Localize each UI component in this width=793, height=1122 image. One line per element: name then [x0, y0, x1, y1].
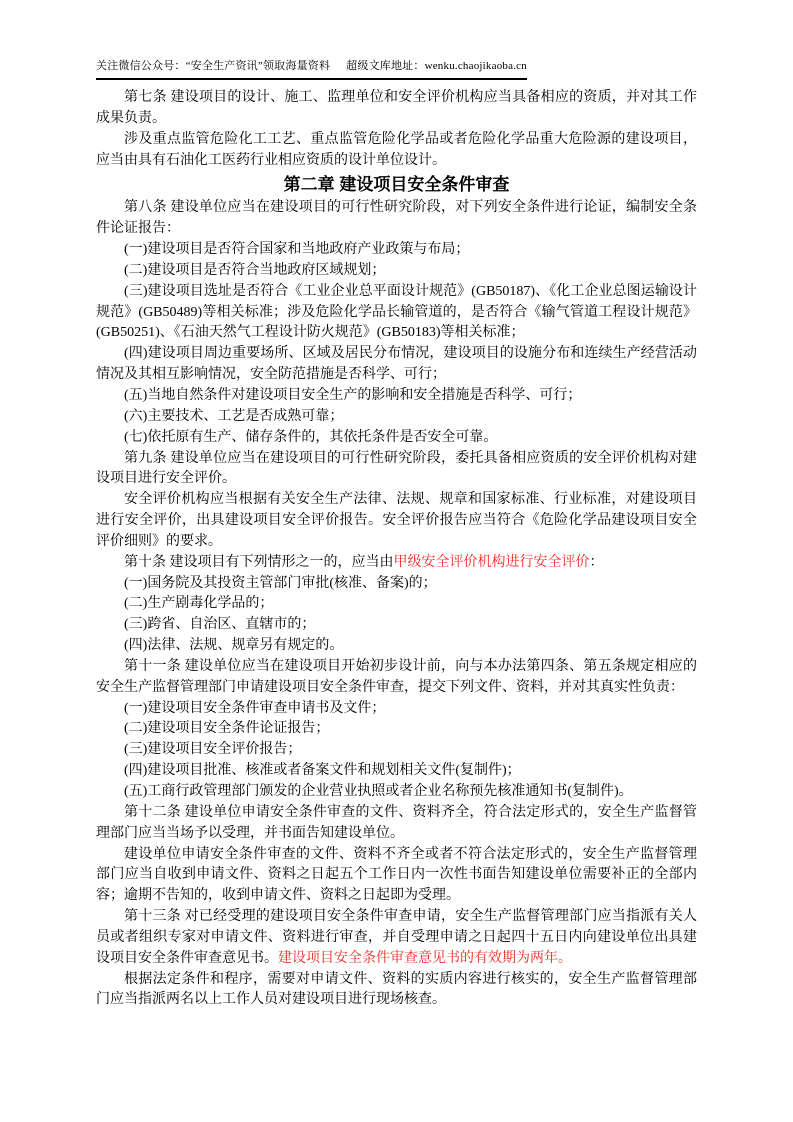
text-run: 根据法定条件和程序，需要对申请文件、资料的实质内容进行核实的，安全生产监督管理部…: [96, 972, 697, 1008]
text-run: ：: [590, 555, 604, 570]
text-run: (四)法律、法规、规章另有规定的。: [124, 638, 343, 653]
paragraph: 安全评价机构应当根据有关安全生产法律、法规、规章和国家标准、行业标准，对建设项目…: [96, 490, 697, 553]
paragraph: 第七条 建设项目的设计、施工、监理单位和安全评价机构应当具备相应的资质，并对其工…: [96, 88, 697, 130]
text-run: (二)建设项目安全条件论证报告；: [124, 721, 329, 736]
text-run: 第九条 建设单位应当在建设项目的可行性研究阶段，委托具备相应资质的安全评价机构对…: [96, 451, 697, 487]
text-run: (七)依托原有生产、储存条件的，其依托条件是否安全可靠。: [124, 430, 497, 445]
text-run: (一)国务院及其投资主管部门审批(核准、备案)的；: [124, 576, 437, 591]
text-run: 第八条 建设单位应当在建设项目的可行性研究阶段，对下列安全条件进行论证，编制安全…: [96, 200, 697, 236]
chapter-heading: 第二章 建设项目安全条件审查: [96, 171, 697, 198]
paragraph: (二)建设项目是否符合当地政府区域规划；: [96, 261, 697, 282]
text-run: 涉及重点监管危险化工工艺、重点监管危险化学品或者危险化学品重大危险源的建设项目，…: [96, 132, 697, 168]
text-run: (四)建设项目批准、核准或者备案文件和规划相关文件(复制件)；: [124, 763, 521, 778]
paragraph: (二)生产剧毒化学品的；: [96, 594, 697, 615]
header-wechat-note: 关注微信公众号：“安全生产资讯”领取海量资料: [96, 60, 330, 72]
text-run: (六)主要技术、工艺是否成熟可靠；: [124, 409, 343, 424]
text-run: (三)跨省、自治区、直辖市的；: [124, 617, 315, 632]
paragraph: 涉及重点监管危险化工工艺、重点监管危险化学品或者危险化学品重大危险源的建设项目，…: [96, 130, 697, 172]
red-highlight-text: 甲级安全评价机构进行安全评价: [394, 555, 590, 570]
text-run: (三)建设项目安全评价报告；: [124, 742, 301, 757]
paragraph: (二)建设项目安全条件论证报告；: [96, 719, 697, 740]
paragraph: (三)建设项目选址是否符合《工业企业总平面设计规范》(GB50187)、《化工企…: [96, 282, 697, 345]
paragraph: (一)国务院及其投资主管部门审批(核准、备案)的；: [96, 574, 697, 595]
text-run: 第十二条 建设单位申请安全条件审查的文件、资料齐全，符合法定形式的，安全生产监督…: [96, 805, 697, 841]
paragraph: (一)建设项目安全条件审查申请书及文件；: [96, 699, 697, 720]
paragraph: 第十条 建设项目有下列情形之一的，应当由甲级安全评价机构进行安全评价：: [96, 553, 697, 574]
paragraph: (四)法律、法规、规章另有规定的。: [96, 636, 697, 657]
paragraph: 建设单位申请安全条件审查的文件、资料不齐全或者不符合法定形式的，安全生产监督管理…: [96, 845, 697, 908]
paragraph: 第十一条 建设单位应当在建设项目开始初步设计前，向与本办法第四条、第五条规定相应…: [96, 657, 697, 699]
paragraph: (四)建设项目周边重要场所、区域及居民分布情况，建设项目的设施分布和连续生产经营…: [96, 344, 697, 386]
paragraph: 第九条 建设单位应当在建设项目的可行性研究阶段，委托具备相应资质的安全评价机构对…: [96, 449, 697, 491]
text-run: 安全评价机构应当根据有关安全生产法律、法规、规章和国家标准、行业标准，对建设项目…: [96, 492, 697, 549]
text-run: 第二章 建设项目安全条件审查: [284, 175, 510, 194]
paragraph: (五)工商行政管理部门颁发的企业营业执照或者企业名称预先核准通知书(复制件)。: [96, 782, 697, 803]
text-run: (一)建设项目是否符合国家和当地政府产业政策与布局；: [124, 242, 469, 257]
document-body: 第七条 建设项目的设计、施工、监理单位和安全评价机构应当具备相应的资质，并对其工…: [96, 88, 697, 1011]
text-run: (三)建设项目选址是否符合《工业企业总平面设计规范》(GB50187)、《化工企…: [96, 284, 697, 341]
text-run: 第十条 建设项目有下列情形之一的，应当由: [124, 555, 394, 570]
paragraph: (四)建设项目批准、核准或者备案文件和规划相关文件(复制件)；: [96, 761, 697, 782]
paragraph: (三)建设项目安全评价报告；: [96, 740, 697, 761]
paragraph: (三)跨省、自治区、直辖市的；: [96, 615, 697, 636]
page-header: 关注微信公众号：“安全生产资讯”领取海量资料超级文库地址：wenku.chaoj…: [96, 57, 697, 80]
paragraph: (五)当地自然条件对建设项目安全生产的影响和安全措施是否科学、可行；: [96, 386, 697, 407]
paragraph: 第八条 建设单位应当在建设项目的可行性研究阶段，对下列安全条件进行论证，编制安全…: [96, 198, 697, 240]
text-run: (五)当地自然条件对建设项目安全生产的影响和安全措施是否科学、可行；: [124, 388, 581, 403]
header-library-url: 超级文库地址：wenku.chaojikaoba.cn: [346, 60, 527, 72]
red-highlight-text: 建设项目安全条件审查意见书的有效期为两年。: [278, 951, 572, 966]
paragraph: 第十三条 对已经受理的建设项目安全条件审查申请，安全生产监督管理部门应当指派有关…: [96, 907, 697, 970]
text-run: (二)生产剧毒化学品的；: [124, 596, 273, 611]
document-page: 关注微信公众号：“安全生产资讯”领取海量资料超级文库地址：wenku.chaoj…: [0, 0, 793, 1122]
paragraph: (六)主要技术、工艺是否成熟可靠；: [96, 407, 697, 428]
text-run: (五)工商行政管理部门颁发的企业营业执照或者企业名称预先核准通知书(复制件)。: [124, 784, 633, 799]
text-run: 第十一条 建设单位应当在建设项目开始初步设计前，向与本办法第四条、第五条规定相应…: [96, 659, 697, 695]
paragraph: 第十二条 建设单位申请安全条件审查的文件、资料齐全，符合法定形式的，安全生产监督…: [96, 803, 697, 845]
text-run: 建设单位申请安全条件审查的文件、资料不齐全或者不符合法定形式的，安全生产监督管理…: [96, 847, 697, 904]
paragraph: 根据法定条件和程序，需要对申请文件、资料的实质内容进行核实的，安全生产监督管理部…: [96, 970, 697, 1012]
header-underline: 关注微信公众号：“安全生产资讯”领取海量资料超级文库地址：wenku.chaoj…: [96, 57, 527, 80]
text-run: (二)建设项目是否符合当地政府区域规划；: [124, 263, 385, 278]
text-run: (一)建设项目安全条件审查申请书及文件；: [124, 701, 385, 716]
text-run: 第七条 建设项目的设计、施工、监理单位和安全评价机构应当具备相应的资质，并对其工…: [96, 90, 697, 126]
paragraph: (七)依托原有生产、储存条件的，其依托条件是否安全可靠。: [96, 428, 697, 449]
paragraph: (一)建设项目是否符合国家和当地政府产业政策与布局；: [96, 240, 697, 261]
text-run: (四)建设项目周边重要场所、区域及居民分布情况，建设项目的设施分布和连续生产经营…: [96, 346, 697, 382]
